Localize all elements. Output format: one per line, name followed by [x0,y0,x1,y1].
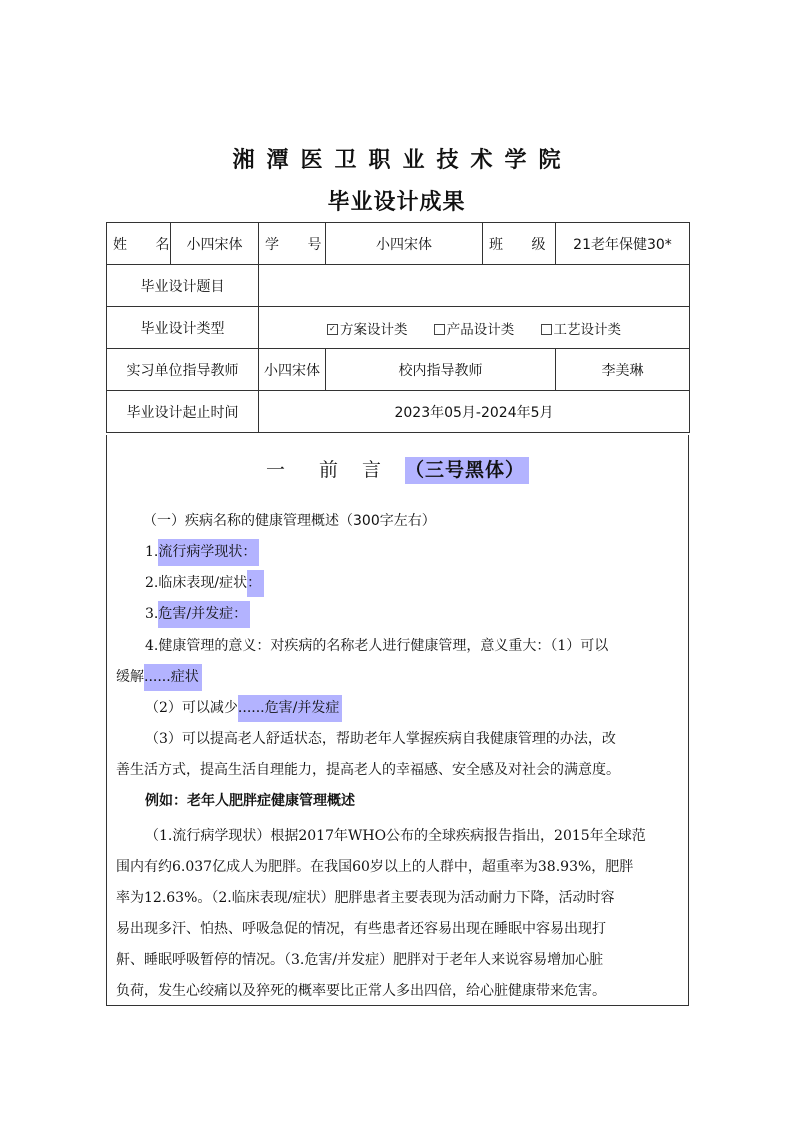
item-text: 危害/并发症： [158,601,250,628]
type-option-product[interactable]: 产品设计类 [434,318,515,338]
example-line: 率为12.63%。（2.临床表现/症状）肥胖患者主要表现为活动耐力下降，活动时容 [116,890,697,906]
item-number: 2. [145,575,158,591]
paragraph-line: 善生活方式，提高生活自理能力，提高老人的幸福感、安全感及对社会的满意度。 [116,762,697,778]
subsection-title: （一）疾病名称的健康管理概述（300字左右） [143,513,724,529]
type-label: 毕业设计类型 [107,307,259,349]
student-id-label: 学 号 [259,223,326,265]
topic-label: 毕业设计题目 [107,265,259,307]
class-label: 班 级 [483,223,556,265]
type-option-process[interactable]: 工艺设计类 [541,318,622,338]
highlighted-text: ......危害/并发症 [238,695,342,722]
list-item: 2.临床表现/症状： [145,575,726,591]
school-advisor-value[interactable]: 李美琳 [556,349,690,391]
school-advisor-label: 校内指导教师 [326,349,556,391]
student-id-value[interactable]: 小四宋体 [326,223,483,265]
text-span: 缓解 [116,669,144,685]
name-label: 姓 名 [107,223,171,265]
paragraph-line: （2）可以减少......危害/并发症 [145,700,726,716]
period-value[interactable]: 2023年05月-2024年5月 [259,391,690,433]
list-item: 1.流行病学现状： [145,544,726,560]
type-option-label: 产品设计类 [447,322,515,338]
item-text: 临床表现/症状 [158,575,247,591]
item-suffix: ： [247,570,264,597]
class-value[interactable]: 21老年保健30* [556,223,690,265]
item-number: 1. [145,544,158,560]
type-option-label: 方案设计类 [340,322,408,338]
section-number: 一 [266,459,285,481]
document-title: 毕业设计成果 [0,185,793,216]
info-row-student: 姓 名 小四宋体 学 号 小四宋体 班 级 21老年保健30* [107,223,690,265]
section-title: 前言 [319,459,405,481]
item-number: 3. [145,606,158,622]
info-table: 姓 名 小四宋体 学 号 小四宋体 班 级 21老年保健30* 毕业设计题目 毕… [106,222,690,433]
checkbox-checked-icon[interactable] [327,324,338,335]
type-option-label: 工艺设计类 [554,322,622,338]
period-label: 毕业设计起止时间 [107,391,259,433]
info-row-type: 毕业设计类型 方案设计类 产品设计类 工艺设计类 [107,307,690,349]
topic-value[interactable] [259,265,690,307]
content-box: 一前言（三号黑体） （一）疾病名称的健康管理概述（300字左右） 1.流行病学现… [106,435,689,1006]
checkbox-icon[interactable] [541,324,552,335]
school-name: 湘潭医卫职业技术学院 [0,143,793,174]
text-span: （2）可以减少 [145,700,238,716]
type-option-plan[interactable]: 方案设计类 [327,318,408,338]
section-format-hint: （三号黑体） [405,457,529,484]
name-value[interactable]: 小四宋体 [171,223,259,265]
paragraph-line: （3）可以提高老人舒适状态，帮助老年人掌握疾病自我健康管理的办法，改 [145,731,726,747]
intern-advisor-value[interactable]: 小四宋体 [259,349,326,391]
paragraph-line: 缓解......症状 [116,669,697,685]
intern-advisor-label: 实习单位指导教师 [107,349,259,391]
example-line: 围内有约6.037亿成人为肥胖。在我国60岁以上的人群中，超重率为38.93%，… [116,859,697,875]
example-line: （1.流行病学现状）根据2017年WHO公布的全球疾病报告指出，2015年全球范 [145,828,726,844]
paragraph-line: 4.健康管理的意义：对疾病的名称老人进行健康管理，意义重大：（1）可以 [145,638,726,654]
info-row-period: 毕业设计起止时间 2023年05月-2024年5月 [107,391,690,433]
example-line: 鼾、睡眠呼吸暂停的情况。（3.危害/并发症）肥胖对于老年人来说容易增加心脏 [116,952,697,968]
list-item: 3.危害/并发症： [145,606,726,622]
section-heading: 一前言（三号黑体） [107,455,688,482]
example-title: 例如：老年人肥胖症健康管理概述 [145,793,726,809]
checkbox-icon[interactable] [434,324,445,335]
type-options: 方案设计类 产品设计类 工艺设计类 [259,307,690,349]
highlighted-text: ......症状 [144,664,202,691]
example-line: 易出现多汗、怕热、呼吸急促的情况，有些患者还容易出现在睡眠中容易出现打 [116,921,697,937]
info-row-topic: 毕业设计题目 [107,265,690,307]
item-text: 流行病学现状： [158,539,259,566]
example-line: 负荷，发生心绞痛以及猝死的概率要比正常人多出四倍，给心脏健康带来危害。 [116,983,697,999]
info-row-advisors: 实习单位指导教师 小四宋体 校内指导教师 李美琳 [107,349,690,391]
